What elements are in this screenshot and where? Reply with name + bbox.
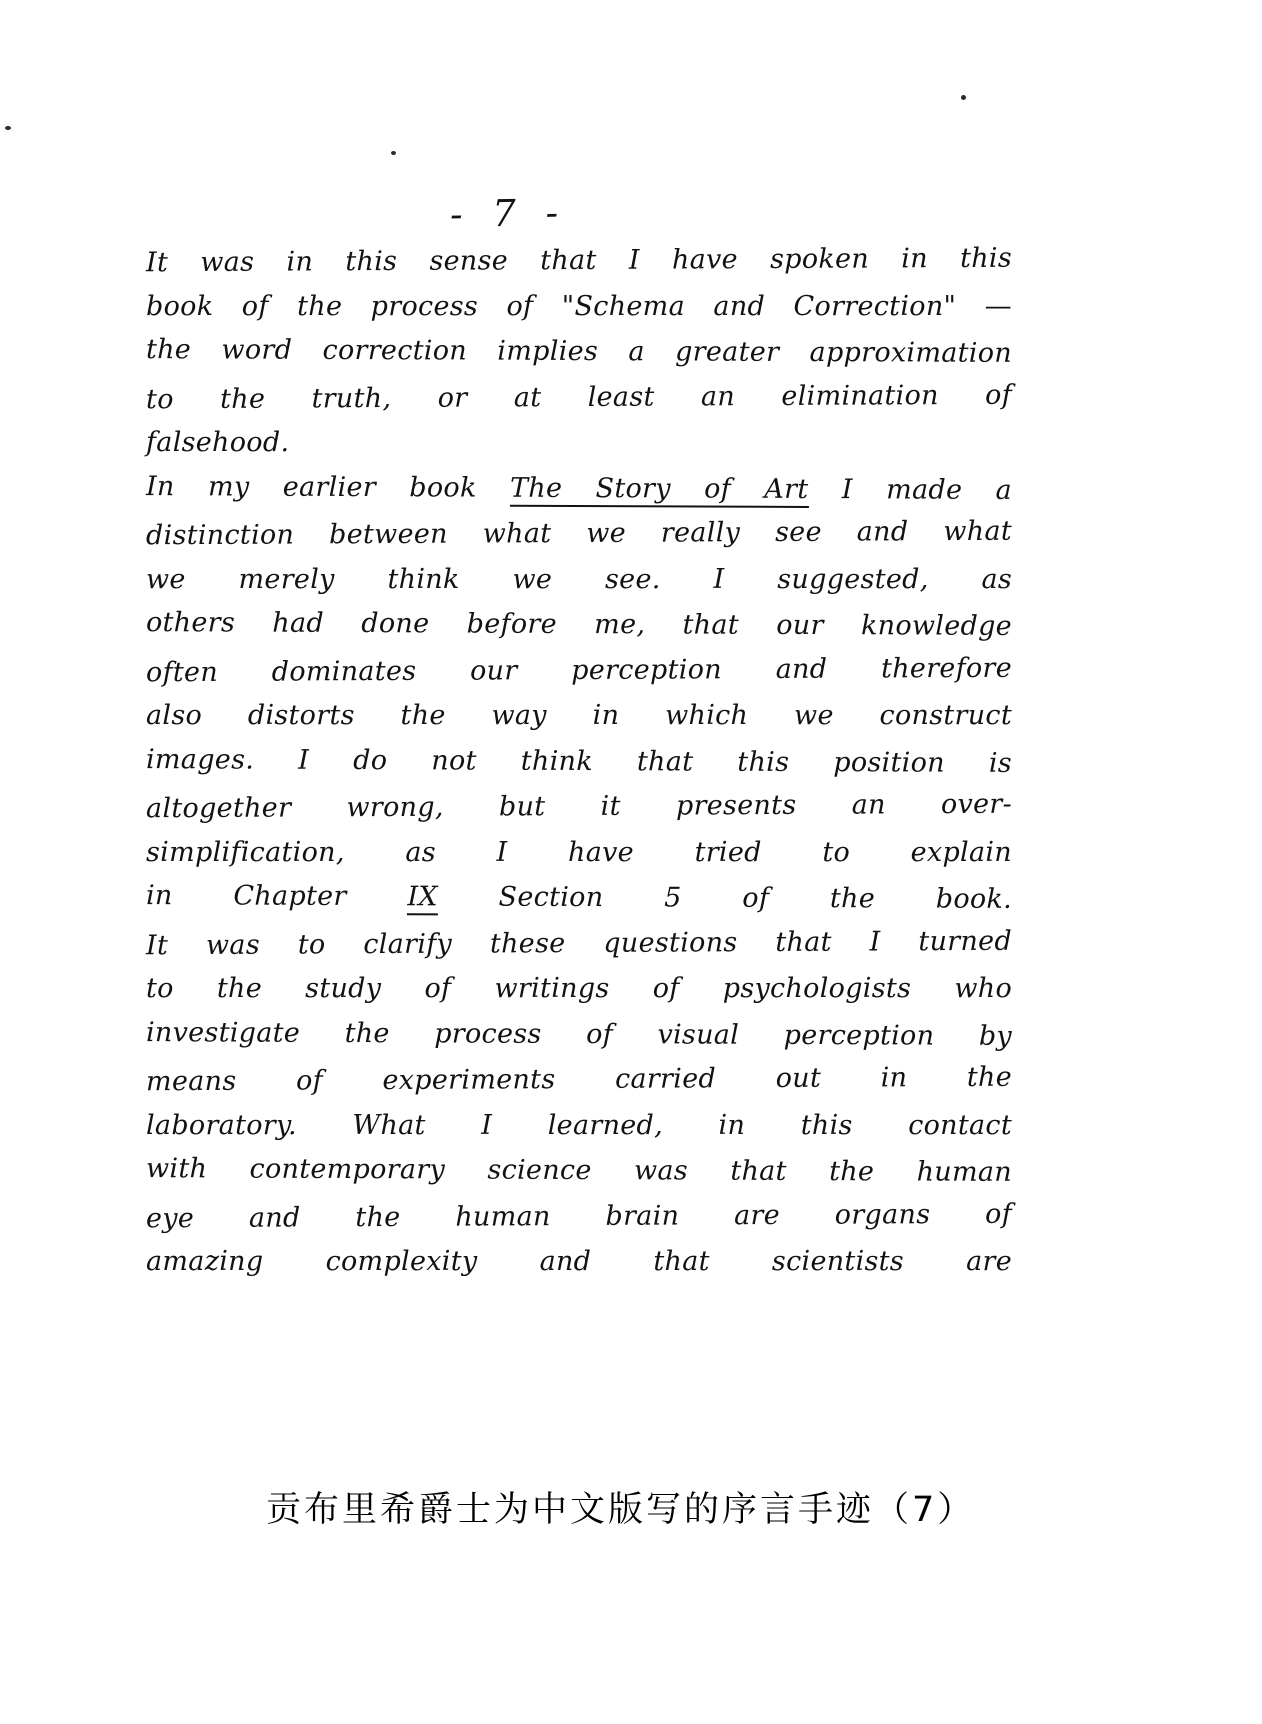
manuscript-line: eye and the human brain are organs of xyxy=(146,1191,1012,1241)
handwritten-text: In my earlier book xyxy=(146,471,510,504)
manuscript-line: laboratory. What I learned, in this cont… xyxy=(146,1103,1012,1149)
manuscript-line: to the truth, or at least an elimination… xyxy=(146,372,1012,422)
manuscript-line: means of experiments carried out in the xyxy=(146,1055,1012,1105)
manuscript-line: in Chapter IX Section 5 of the book. xyxy=(146,873,1012,922)
underlined-text: IX xyxy=(407,881,438,915)
manuscript-line: with contemporary science was that the h… xyxy=(146,1146,1012,1195)
handwritten-text: to the study of writings of psychologist… xyxy=(146,973,1012,1004)
manuscript-line: altogether wrong, but it presents an ove… xyxy=(146,782,1012,832)
manuscript-line: It was in this sense that I have spoken … xyxy=(146,236,1012,286)
manuscript-line: images. I do not think that this positio… xyxy=(146,737,1012,786)
ink-speck xyxy=(961,95,966,100)
handwritten-text: amazing complexity and that scientists a… xyxy=(146,1246,1012,1277)
scanned-manuscript-page: - 7 - It was in this sense that I have s… xyxy=(0,0,1262,1724)
handwritten-text: in Chapter xyxy=(146,880,407,912)
handwritten-text: I made a xyxy=(808,474,1012,506)
handwritten-text: distinction between what we really see a… xyxy=(146,516,1012,552)
manuscript-line: the word correction implies a greater ap… xyxy=(146,327,1012,376)
handwritten-text: eye and the human brain are organs of xyxy=(146,1198,1012,1234)
manuscript-line: In my earlier book The Story of Art I ma… xyxy=(146,464,1012,513)
handwritten-text: book of the process of "Schema and Corre… xyxy=(146,291,1012,322)
handwritten-text: also distorts the way in which we constr… xyxy=(146,700,1012,731)
handwritten-text: laboratory. What I learned, in this cont… xyxy=(146,1110,1012,1141)
manuscript-line: others had done before me, that our know… xyxy=(146,600,1012,649)
manuscript-line: amazing complexity and that scientists a… xyxy=(146,1239,1012,1285)
handwritten-text: the word correction implies a greater ap… xyxy=(146,334,1012,369)
manuscript-line: book of the process of "Schema and Corre… xyxy=(146,284,1012,330)
handwritten-text: means of experiments carried out in the xyxy=(146,1062,1012,1098)
manuscript-line: falsehood. xyxy=(146,420,1012,466)
handwritten-text: to the truth, or at least an elimination… xyxy=(146,379,1012,415)
handwritten-text: images. I do not think that this positio… xyxy=(146,744,1012,779)
handwritten-text: It was to clarify these questions that I… xyxy=(146,925,1012,961)
manuscript-line: also distorts the way in which we constr… xyxy=(146,693,1012,739)
handwritten-text: often dominates our perception and there… xyxy=(146,652,1012,688)
caption: 贡布里希爵士为中文版写的序言手迹（7） xyxy=(266,1482,975,1532)
handwritten-text: falsehood. xyxy=(146,427,289,458)
manuscript-line: distinction between what we really see a… xyxy=(146,509,1012,559)
handwritten-text: altogether wrong, but it presents an ove… xyxy=(146,789,1012,825)
manuscript-line: simplification, as I have tried to expla… xyxy=(146,830,1012,876)
handwritten-text: we merely think we see. I suggested, as xyxy=(146,564,1012,595)
manuscript-line: we merely think we see. I suggested, as xyxy=(146,557,1012,603)
manuscript-line: It was to clarify these questions that I… xyxy=(146,918,1012,968)
ink-speck xyxy=(391,151,396,155)
manuscript-line: to the study of writings of psychologist… xyxy=(146,966,1012,1012)
manuscript-line: investigate the process of visual percep… xyxy=(146,1010,1012,1059)
page-number: - 7 - xyxy=(450,191,568,236)
handwritten-text: It was in this sense that I have spoken … xyxy=(146,243,1012,279)
handwritten-text: Section 5 of the book. xyxy=(438,881,1012,915)
underlined-text: The Story of Art xyxy=(510,472,809,507)
handwritten-text: others had done before me, that our know… xyxy=(146,607,1012,642)
handwritten-text: simplification, as I have tried to expla… xyxy=(146,837,1012,868)
ink-speck xyxy=(5,126,11,130)
handwritten-text: with contemporary science was that the h… xyxy=(146,1153,1012,1188)
handwritten-text: investigate the process of visual percep… xyxy=(146,1017,1012,1052)
manuscript-line: often dominates our perception and there… xyxy=(146,645,1012,695)
manuscript: It was in this sense that I have spoken … xyxy=(146,238,1012,1285)
